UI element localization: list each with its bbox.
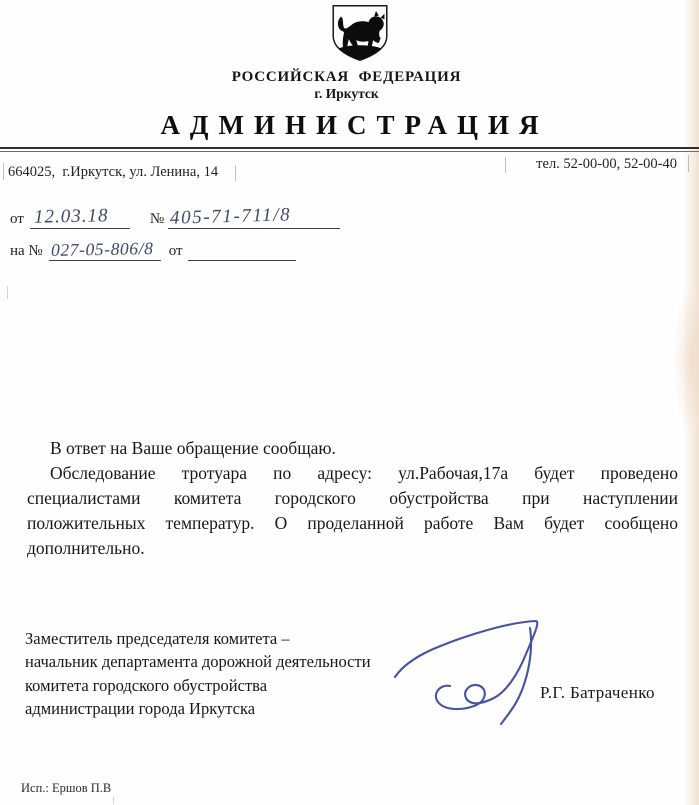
incoming-number-value: 027-05-806/8 [51,238,154,261]
scan-artifact-tick [688,155,689,172]
signoff-line: Заместитель председателя комитета – [25,627,455,650]
body-line: Обследование тротуара по адресу: ул.Рабо… [27,461,678,486]
body-line: положительных температур. О проделанной … [27,511,678,536]
reply-number-label: на № [10,243,43,261]
signoff-block: Заместитель председателя комитета – нача… [25,627,455,721]
scanned-letter-page: РОССИЙСКАЯ ФЕДЕРАЦИЯ г. Иркутск АДМИНИСТ… [0,0,699,805]
signature-icon [393,613,545,728]
body-paragraph: В ответ на Ваше обращение сообщаю. Обсле… [27,436,678,561]
incoming-ref-row: на № 027-05-806/8 от [10,239,296,261]
rule-bottom-line [0,151,699,152]
outgoing-number-value: 405-71-711/8 [170,204,292,229]
city-name: г. Иркутск [0,86,693,102]
coat-of-arms-emblem [329,3,391,64]
country-name: РОССИЙСКАЯ ФЕДЕРАЦИЯ [0,69,693,86]
outgoing-number-field: 405-71-711/8 [168,206,340,229]
header-double-rule [0,147,699,153]
body-line: В ответ на Ваше обращение сообщаю. [27,436,678,461]
scan-smudge [673,285,699,435]
executor-note: Исп.: Ершов П.В [21,781,111,796]
irkutsk-babr-icon [329,3,391,64]
reply-from-label: от [169,243,183,261]
incoming-number-field: 027-05-806/8 [49,239,161,261]
signature-scrawl [393,613,545,728]
signoff-line: администрации города Иркутска [25,697,455,720]
phone-numbers: тел. 52-00-00, 52-00-40 [536,156,677,173]
body-line: дополнительно. [27,536,678,561]
incoming-date-field-blank [188,240,296,261]
scan-artifact-tick [235,165,236,181]
outgoing-date-value: 12.03.18 [34,205,109,229]
scan-artifact-tick [505,157,506,173]
signoff-line: начальник департамента дорожной деятельн… [25,650,455,673]
postal-address: 664025, г.Иркутск, ул. Ленина, 14 [8,164,218,181]
administration-title: АДМИНИСТРАЦИЯ [0,110,699,141]
scan-artifact-tick [3,163,4,180]
signer-name: Р.Г. Батраченко [540,683,655,703]
rule-top-line [0,147,699,149]
body-line: специалистами комитета городского обустр… [27,486,678,511]
from-label: от [10,211,24,229]
outgoing-date-field: 12.03.18 [30,206,130,229]
scan-artifact-tick [7,286,8,299]
scan-artifact-tick [113,797,114,804]
signoff-line: комитета городского обустройства [25,674,455,697]
outgoing-ref-row: от 12.03.18 № 405-71-711/8 [10,206,340,229]
number-sign-label: № [150,211,164,229]
